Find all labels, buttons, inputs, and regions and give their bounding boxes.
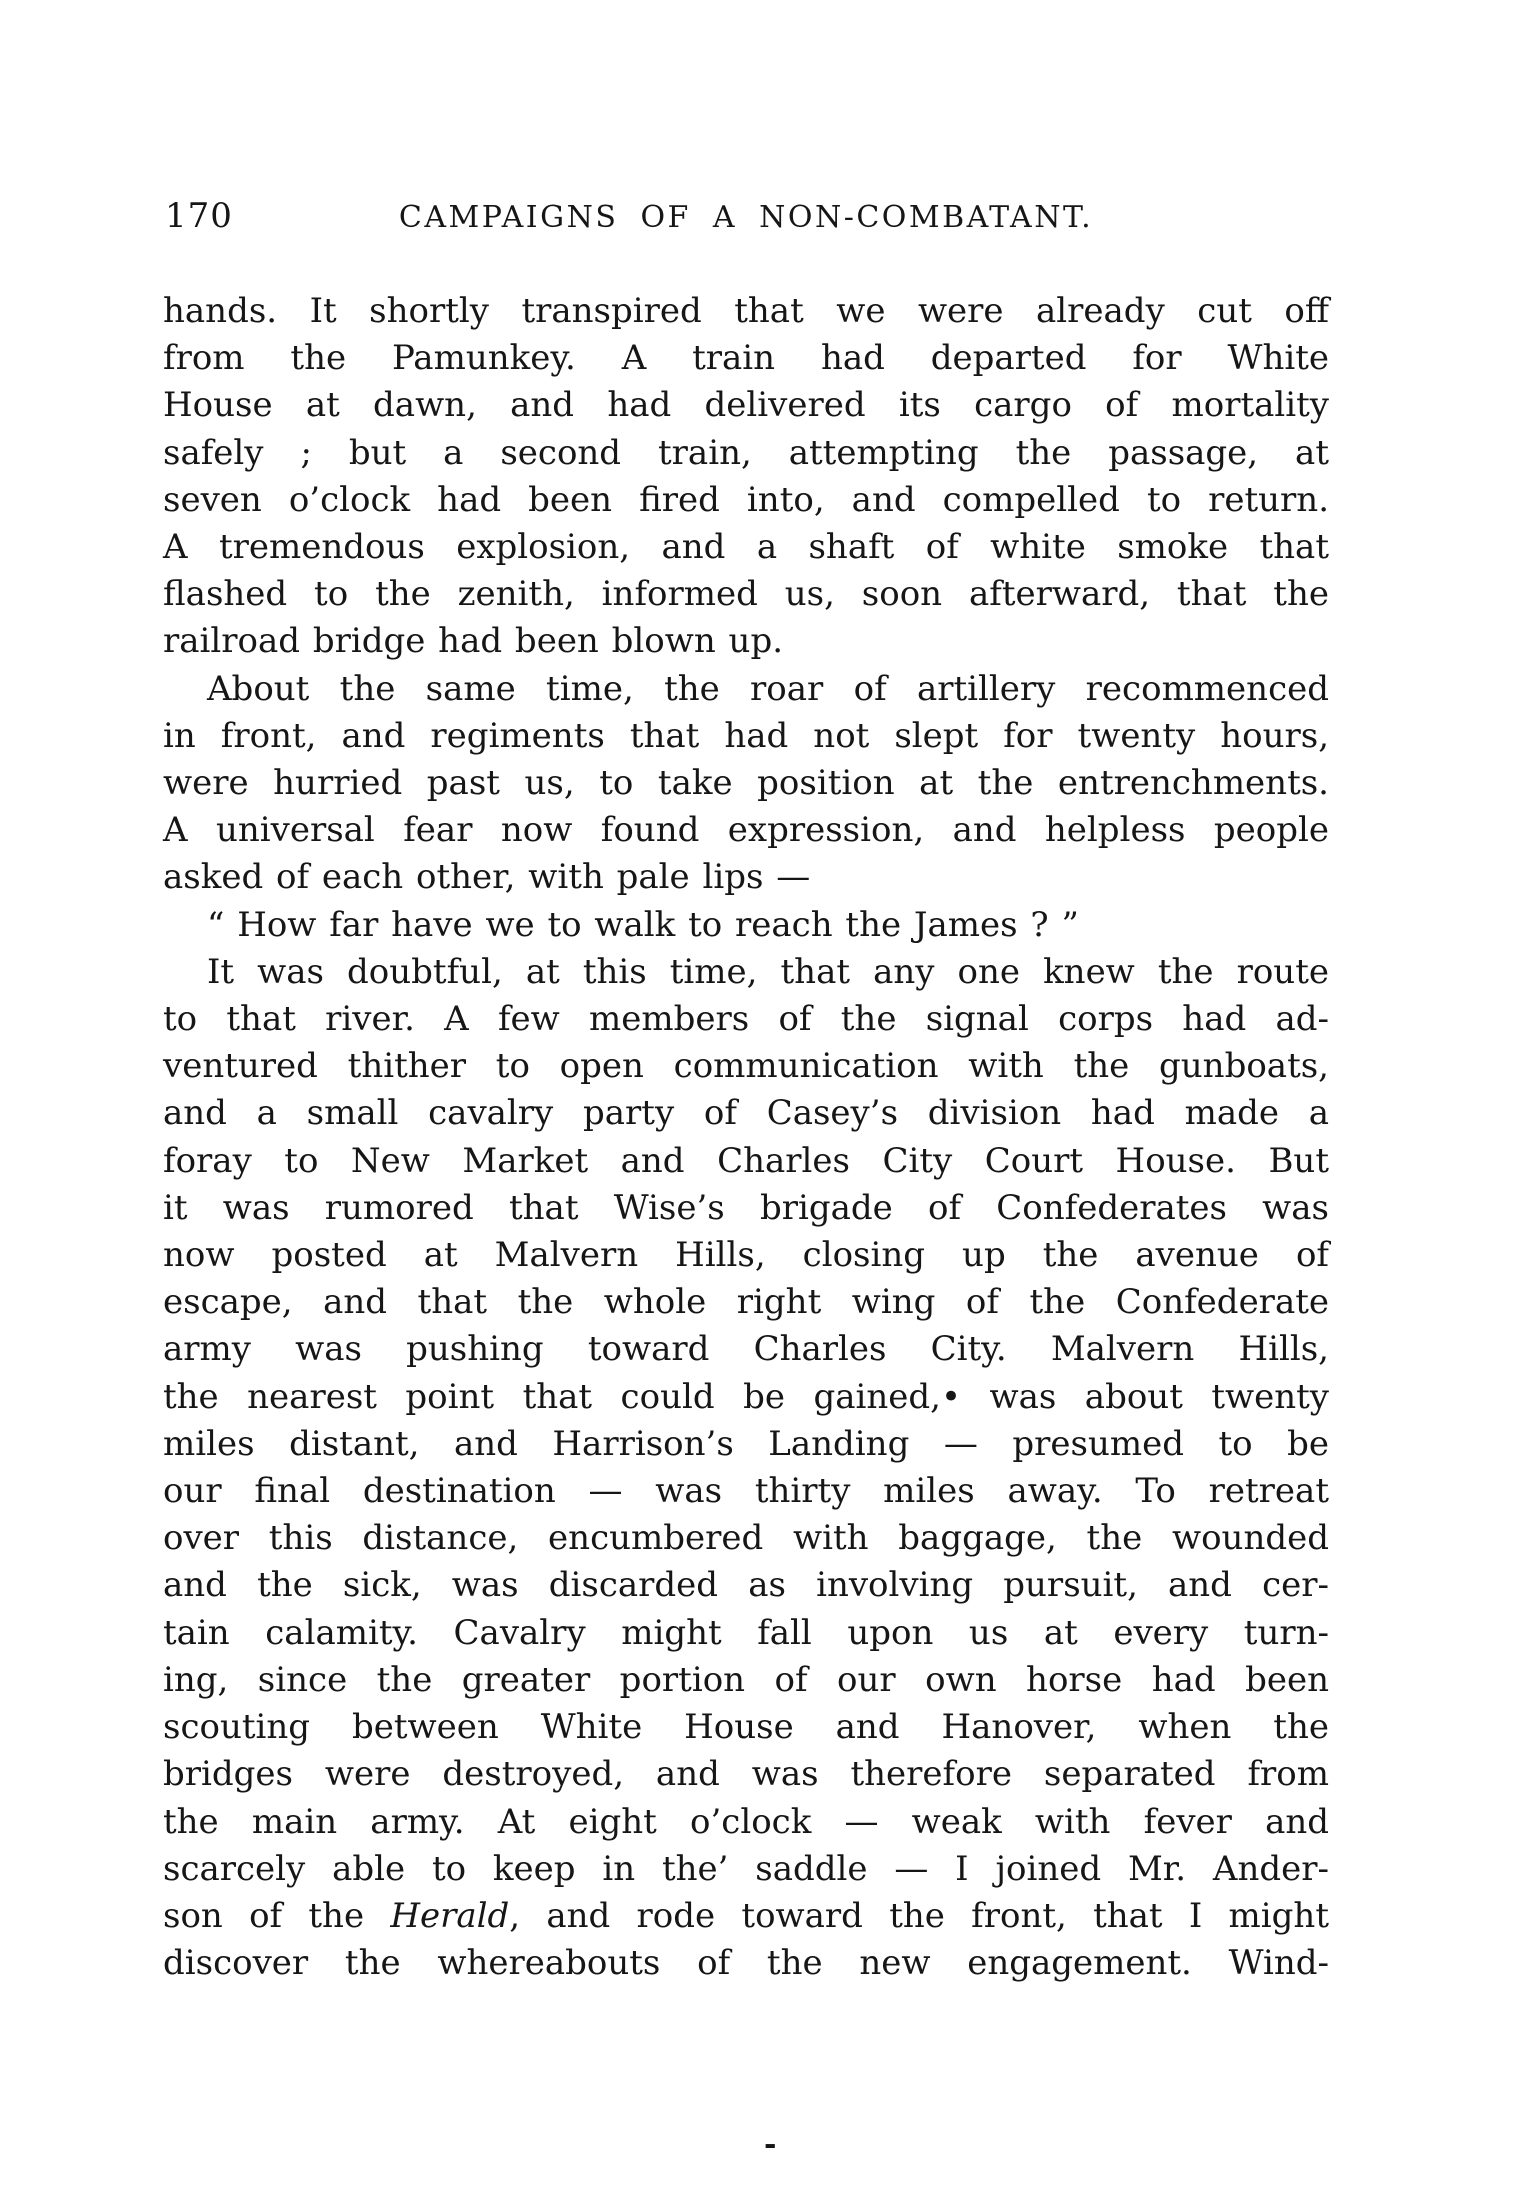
- paragraph: hands. It shortly transpired that we wer…: [163, 288, 1329, 666]
- text-line: railroad bridge had been blown up.: [163, 618, 1329, 665]
- text-line: now posted at Malvern Hills, closing up …: [163, 1232, 1329, 1279]
- text-line: ventured thither to open communication w…: [163, 1043, 1329, 1090]
- text-line: in front, and regiments that had not sle…: [163, 713, 1329, 760]
- text-line: hands. It shortly transpired that we wer…: [163, 288, 1329, 335]
- text-line: escape, and that the whole right wing of…: [163, 1279, 1329, 1326]
- text-line: from the Pamunkey. A train had departed …: [163, 335, 1329, 382]
- book-page-scan: 170 CAMPAIGNS OF A NON-COMBATANT. hands.…: [0, 0, 1526, 2186]
- text-line: House at dawn, and had delivered its car…: [163, 382, 1329, 429]
- text-line: over this distance, encumbered with bagg…: [163, 1515, 1329, 1562]
- text-line: scouting between White House and Hanover…: [163, 1704, 1329, 1751]
- text-line: the nearest point that could be gained,•…: [163, 1374, 1329, 1421]
- paragraph: “ How far have we to walk to reach the J…: [163, 902, 1329, 949]
- italic-word: Herald: [390, 1896, 509, 1936]
- text-line: “ How far have we to walk to reach the J…: [163, 902, 1329, 949]
- text-line: our final destination — was thirty miles…: [163, 1468, 1329, 1515]
- text-line: It was doubtful, at this time, that any …: [163, 949, 1329, 996]
- text-line: scarcely able to keep in the’ saddle — I…: [163, 1846, 1329, 1893]
- text-line: discover the whereabouts of the new enga…: [163, 1940, 1329, 1987]
- text-line: seven o’clock had been fired into, and c…: [163, 477, 1329, 524]
- text-line: tain calamity. Cavalry might fall upon u…: [163, 1610, 1329, 1657]
- paragraph: It was doubtful, at this time, that any …: [163, 949, 1329, 1987]
- text-line: foray to New Market and Charles City Cou…: [163, 1138, 1329, 1185]
- text-line: About the same time, the roar of artille…: [163, 666, 1329, 713]
- text-line: and a small cavalry party of Casey’s div…: [163, 1090, 1329, 1137]
- running-title: CAMPAIGNS OF A NON-COMBATANT.: [163, 200, 1329, 235]
- text-line: bridges were destroyed, and was therefor…: [163, 1751, 1329, 1798]
- text-line: army was pushing toward Charles City. Ma…: [163, 1326, 1329, 1373]
- text-line: A tremendous explosion, and a shaft of w…: [163, 524, 1329, 571]
- paragraph: About the same time, the roar of artille…: [163, 666, 1329, 902]
- page-body: hands. It shortly transpired that we wer…: [163, 288, 1329, 1987]
- text-line: to that river. A few members of the sign…: [163, 996, 1329, 1043]
- text-line: and the sick, was discarded as involving…: [163, 1562, 1329, 1609]
- text-line: ing, since the greater portion of our ow…: [163, 1657, 1329, 1704]
- running-header: 170 CAMPAIGNS OF A NON-COMBATANT.: [163, 196, 1329, 242]
- text-line: safely ; but a second train, attempting …: [163, 430, 1329, 477]
- text-line: it was rumored that Wise’s brigade of Co…: [163, 1185, 1329, 1232]
- text-line: asked of each other, with pale lips —: [163, 854, 1329, 901]
- print-artifact-mark: -: [764, 2130, 776, 2160]
- text-line: miles distant, and Harrison’s Landing — …: [163, 1421, 1329, 1468]
- text-line: A universal fear now found expression, a…: [163, 807, 1329, 854]
- text-line: son of the Herald, and rode toward the f…: [163, 1893, 1329, 1940]
- text-line: the main army. At eight o’clock — weak w…: [163, 1799, 1329, 1846]
- text-line: flashed to the zenith, informed us, soon…: [163, 571, 1329, 618]
- text-column: 170 CAMPAIGNS OF A NON-COMBATANT. hands.…: [163, 196, 1329, 1987]
- text-line: were hurried past us, to take position a…: [163, 760, 1329, 807]
